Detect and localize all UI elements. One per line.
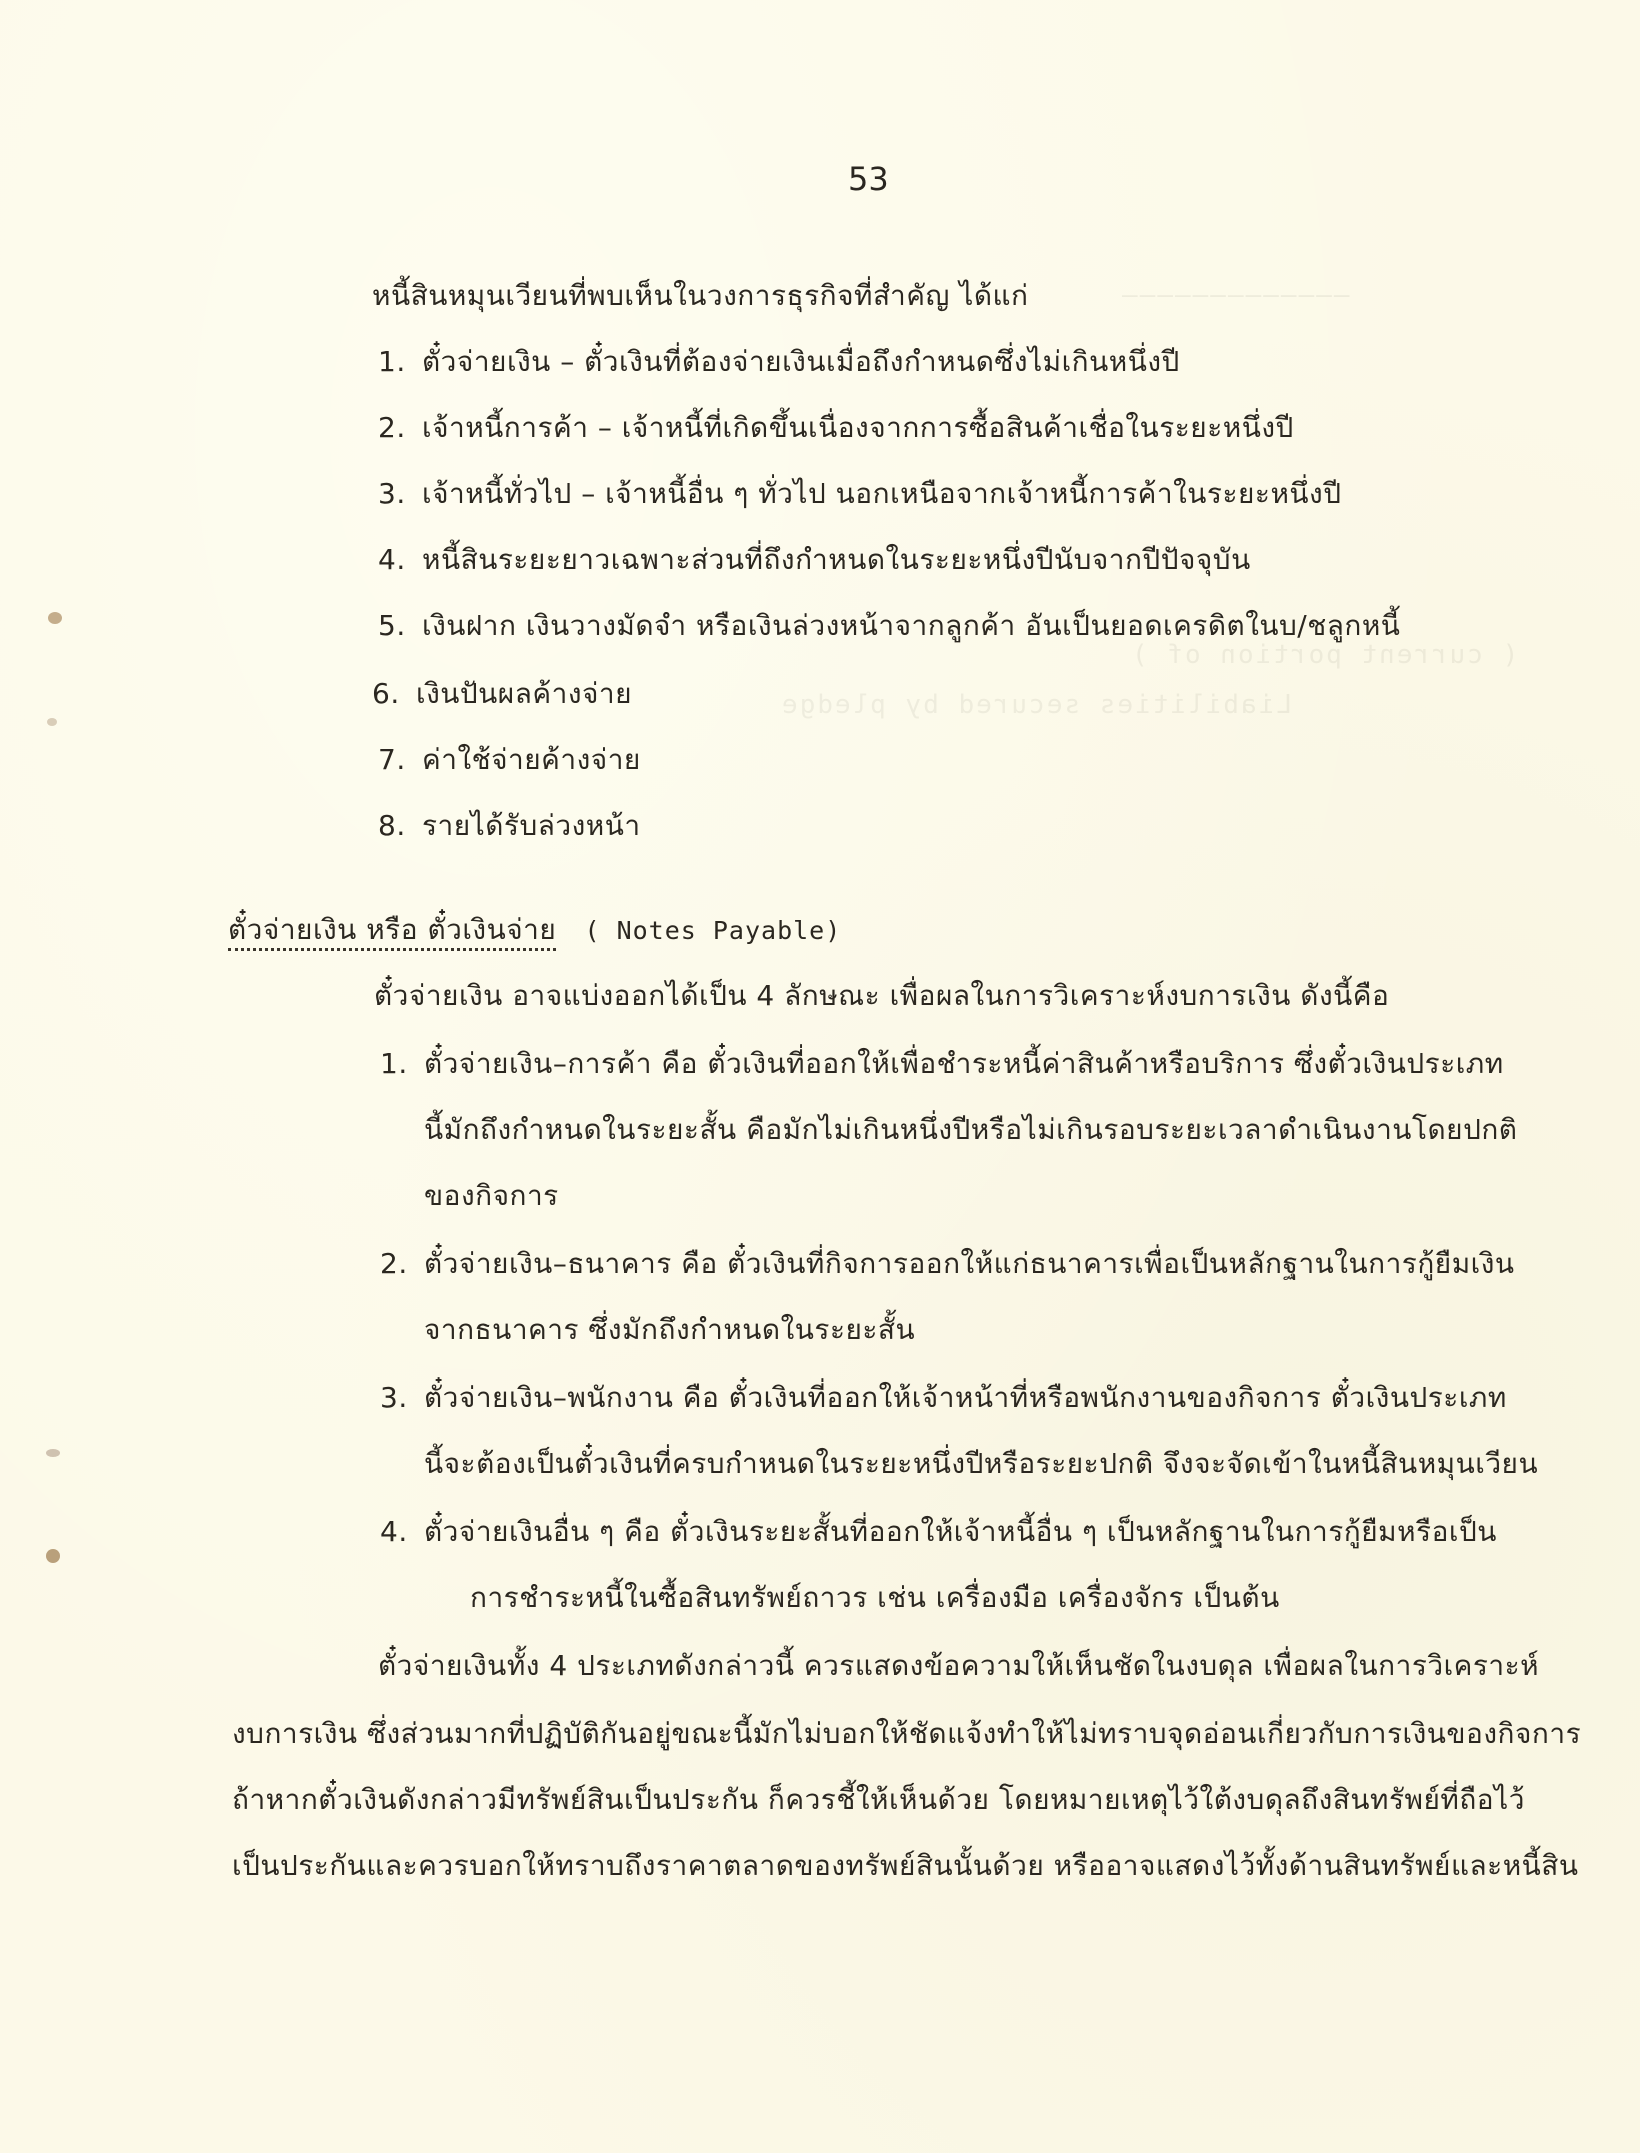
list-item: 3.เจ้าหนี้ทั่วไป – เจ้าหนี้อื่น ๆ ทั่วไป… xyxy=(378,474,1341,514)
note-type-number: 3. xyxy=(380,1378,424,1418)
list-item: 8.รายได้รับล่วงหน้า xyxy=(378,806,641,846)
section-lead-text: ตั๋วจ่ายเงิน อาจแบ่งออกได้เป็น 4 ลักษณะ … xyxy=(374,979,1389,1012)
note-type-number: 1. xyxy=(380,1044,424,1084)
note-type-text: ตั๋วจ่ายเงิน–การค้า คือ ตั๋วเงินที่ออกให… xyxy=(424,1047,1504,1080)
section-heading-thai: ตั๋วจ่ายเงิน หรือ ตั๋วเงินจ่าย xyxy=(228,913,556,951)
note-type-line: 1.ตั๋วจ่ายเงิน–การค้า คือ ตั๋วเงินที่ออก… xyxy=(380,1044,1504,1084)
list-item-text: หนี้สินระยะยาวเฉพาะส่วนที่ถึงกำหนดในระยะ… xyxy=(422,543,1251,576)
list-item-number: 7. xyxy=(378,740,422,780)
intro-line: หนี้สินหมุนเวียนที่พบเห็นในวงการธุรกิจที… xyxy=(372,276,1029,316)
list-item-number: 6. xyxy=(372,674,416,714)
section-heading-english: ( Notes Payable) xyxy=(584,916,841,945)
paragraph-text: ถ้าหากตั๋วเงินดังกล่าวมีทรัพย์สินเป็นประ… xyxy=(232,1783,1525,1816)
section-lead: ตั๋วจ่ายเงิน อาจแบ่งออกได้เป็น 4 ลักษณะ … xyxy=(374,976,1389,1016)
note-type-text: ตั๋วจ่ายเงิน–ธนาคาร คือ ตั๋วเงินที่กิจกา… xyxy=(424,1247,1515,1280)
paragraph-line: เป็นประกันและควรบอกให้ทราบถึงราคาตลาดของ… xyxy=(232,1846,1579,1886)
list-item-number: 3. xyxy=(378,474,422,514)
note-type-number: 2. xyxy=(380,1244,424,1284)
list-item-number: 2. xyxy=(378,408,422,448)
margin-stain xyxy=(47,718,57,726)
list-item-text: เงินปันผลค้างจ่าย xyxy=(416,677,632,710)
list-item: 7.ค่าใช้จ่ายค้างจ่าย xyxy=(378,740,641,780)
note-type-number: 4. xyxy=(380,1512,424,1552)
note-type-text: ตั๋วจ่ายเงิน–พนักงาน คือ ตั๋วเงินที่ออกใ… xyxy=(424,1381,1507,1414)
list-item: 5.เงินฝาก เงินวางมัดจำ หรือเงินล่วงหน้าจ… xyxy=(378,606,1400,646)
paragraph-text: เป็นประกันและควรบอกให้ทราบถึงราคาตลาดของ… xyxy=(232,1849,1579,1882)
paragraph-text: ตั๋วจ่ายเงินทั้ง 4 ประเภทดังกล่าวนี้ ควร… xyxy=(378,1649,1539,1682)
note-type-line: จากธนาคาร ซึ่งมักถึงกำหนดในระยะสั้น xyxy=(424,1310,915,1350)
note-type-line: การชำระหนี้ในซื้อสินทรัพย์ถาวร เช่น เครื… xyxy=(470,1578,1280,1618)
intro-text: หนี้สินหมุนเวียนที่พบเห็นในวงการธุรกิจที… xyxy=(372,279,1029,312)
list-item-number: 1. xyxy=(378,342,422,382)
page-number: 53 xyxy=(848,160,889,198)
section-heading: ตั๋วจ่ายเงิน หรือ ตั๋วเงินจ่าย ( Notes P… xyxy=(228,910,841,951)
note-type-line: 3.ตั๋วจ่ายเงิน–พนักงาน คือ ตั๋วเงินที่ออ… xyxy=(380,1378,1507,1418)
margin-stain xyxy=(46,1449,60,1457)
note-type-text: จากธนาคาร ซึ่งมักถึงกำหนดในระยะสั้น xyxy=(424,1313,915,1346)
note-type-line: ของกิจการ xyxy=(424,1176,559,1216)
note-type-text: การชำระหนี้ในซื้อสินทรัพย์ถาวร เช่น เครื… xyxy=(470,1581,1280,1614)
list-item-text: เจ้าหนี้การค้า – เจ้าหนี้ที่เกิดขึ้นเนื่… xyxy=(422,411,1294,444)
note-type-line: นี้จะต้องเป็นตั๋วเงินที่ครบกำหนดในระยะหน… xyxy=(424,1444,1538,1484)
list-item-text: เจ้าหนี้ทั่วไป – เจ้าหนี้อื่น ๆ ทั่วไป น… xyxy=(422,477,1341,510)
note-type-line: 4.ตั๋วจ่ายเงินอื่น ๆ คือ ตั๋วเงินระยะสั้… xyxy=(380,1512,1497,1552)
list-item-text: เงินฝาก เงินวางมัดจำ หรือเงินล่วงหน้าจาก… xyxy=(422,609,1400,642)
paragraph-line: ถ้าหากตั๋วเงินดังกล่าวมีทรัพย์สินเป็นประ… xyxy=(232,1780,1525,1820)
note-type-line: นี้มักถึงกำหนดในระยะสั้น คือมักไม่เกินหน… xyxy=(424,1110,1517,1150)
list-item-number: 4. xyxy=(378,540,422,580)
note-type-text: นี้จะต้องเป็นตั๋วเงินที่ครบกำหนดในระยะหน… xyxy=(424,1447,1538,1480)
show-through-text: ————————————— xyxy=(1120,280,1350,310)
paragraph-line: ตั๋วจ่ายเงินทั้ง 4 ประเภทดังกล่าวนี้ ควร… xyxy=(378,1646,1539,1686)
show-through-text: Liabilities secured by pledge xyxy=(780,690,1292,720)
list-item-text: ค่าใช้จ่ายค้างจ่าย xyxy=(422,743,641,776)
note-type-text: ตั๋วจ่ายเงินอื่น ๆ คือ ตั๋วเงินระยะสั้นท… xyxy=(424,1515,1497,1548)
list-item-number: 5. xyxy=(378,606,422,646)
list-item-number: 8. xyxy=(378,806,422,846)
list-item: 6.เงินปันผลค้างจ่าย xyxy=(372,674,632,714)
note-type-line: 2.ตั๋วจ่ายเงิน–ธนาคาร คือ ตั๋วเงินที่กิจ… xyxy=(380,1244,1515,1284)
list-item: 4.หนี้สินระยะยาวเฉพาะส่วนที่ถึงกำหนดในระ… xyxy=(378,540,1251,580)
list-item: 2.เจ้าหนี้การค้า – เจ้าหนี้ที่เกิดขึ้นเน… xyxy=(378,408,1294,448)
note-type-text: นี้มักถึงกำหนดในระยะสั้น คือมักไม่เกินหน… xyxy=(424,1113,1517,1146)
margin-stain xyxy=(46,1549,60,1563)
list-item-text: ตั๋วจ่ายเงิน – ตั๋วเงินที่ต้องจ่ายเงินเม… xyxy=(422,345,1180,378)
note-type-text: ของกิจการ xyxy=(424,1179,559,1212)
margin-stain xyxy=(48,612,62,624)
paragraph-line: งบการเงิน ซึ่งส่วนมากที่ปฏิบัติกันอยู่ขณ… xyxy=(232,1714,1581,1754)
paragraph-text: งบการเงิน ซึ่งส่วนมากที่ปฏิบัติกันอยู่ขณ… xyxy=(232,1717,1581,1750)
list-item: 1.ตั๋วจ่ายเงิน – ตั๋วเงินที่ต้องจ่ายเงิน… xyxy=(378,342,1180,382)
list-item-text: รายได้รับล่วงหน้า xyxy=(422,809,641,842)
